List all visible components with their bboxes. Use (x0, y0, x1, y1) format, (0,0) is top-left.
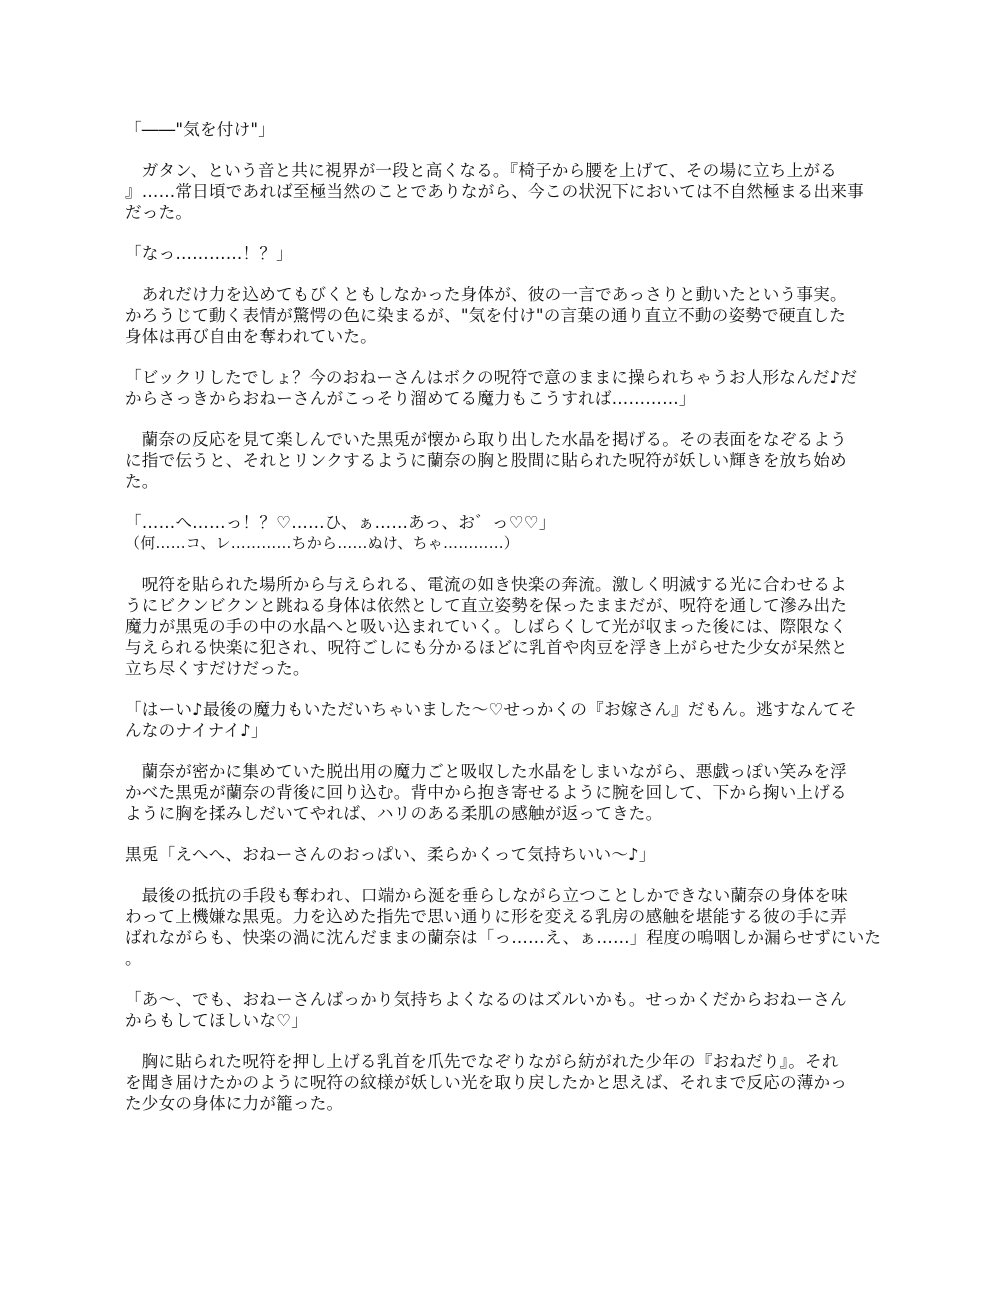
text-line: 胸に貼られた呪符を押し上げる乳首を爪先でなぞりながら紡がれた少年の『おねだり』。… (125, 1051, 870, 1072)
text-line: に指で伝うと、それとリンクするように蘭奈の胸と股間に貼られた呪符が妖しい輝きを放… (125, 450, 870, 471)
text-line: あれだけ力を込めてもびくともしなかった身体が、彼の一言であっさりと動いたという事… (125, 284, 870, 305)
dialogue-paragraph: 「はーい♪最後の魔力もいただいちゃいました～♡せっかくの『お嫁さん』だもん。逃す… (125, 699, 870, 741)
narration-paragraph: 呪符を貼られた場所から与えられる、電流の如き快楽の奔流。激しく明滅する光に合わせ… (125, 574, 870, 679)
text-line: 立ち尽くすだけだった。 (125, 658, 870, 679)
text-line: かろうじて動く表情が驚愕の色に染まるが、"気を付け"の言葉の通り直立不動の姿勢で… (125, 305, 870, 326)
text-line: 蘭奈が密かに集めていた脱出用の魔力ごと吸収した水晶をしまいながら、悪戯っぽい笑み… (125, 761, 870, 782)
text-line: ように胸を揉みしだいてやれば、ハリのある柔肌の感触が返ってきた。 (125, 803, 870, 824)
text-line: 「はーい♪最後の魔力もいただいちゃいました～♡せっかくの『お嫁さん』だもん。逃す… (125, 699, 870, 720)
text-line: 呪符を貼られた場所から与えられる、電流の如き快楽の奔流。激しく明滅する光に合わせ… (125, 574, 870, 595)
text-line: んなのナイナイ♪」 (125, 720, 870, 741)
text-line: だった。 (125, 202, 870, 223)
text-line: 最後の抵抗の手段も奪われ、口端から涎を垂らしながら立つことしかできない蘭奈の身体… (125, 885, 870, 906)
text-line: 』……常日頃であれば至極当然のことでありながら、今この状況下においては不自然極ま… (125, 181, 870, 202)
text-line: 「……へ……っ！？♡……ひ、ぁ……あっ、お゛っ♡♡」 (125, 512, 870, 533)
dialogue-paragraph: 「……へ……っ！？♡……ひ、ぁ……あっ、お゛っ♡♡」 （何……コ、レ…………ちか… (125, 512, 870, 554)
text-line: 「あ～、でも、おねーさんばっかり気持ちよくなるのはズルいかも。せっかくだからおね… (125, 989, 870, 1010)
dialogue-paragraph: 「――"気を付け"」 (125, 119, 870, 140)
narration-paragraph: ガタン、という音と共に視界が一段と高くなる。『椅子から腰を上げて、その場に立ち上… (125, 160, 870, 223)
text-line: ばれながらも、快楽の渦に沈んだままの蘭奈は「っ……え、ぁ……」程度の嗚咽しか漏ら… (125, 927, 870, 948)
dialogue-paragraph: 「ビックリしたでしょ？今のおねーさんはボクの呪符で意のままに操られちゃうお人形な… (125, 367, 870, 409)
document-page: 「――"気を付け"」 ガタン、という音と共に視界が一段と高くなる。『椅子から腰を… (125, 119, 870, 1134)
narration-paragraph: 蘭奈の反応を見て楽しんでいた黒兎が懐から取り出した水晶を掲げる。その表面をなぞる… (125, 429, 870, 492)
text-line: ガタン、という音と共に視界が一段と高くなる。『椅子から腰を上げて、その場に立ち上… (125, 160, 870, 181)
text-line: かべた黒兎が蘭奈の背後に回り込む。背中から抱き寄せるように腕を回して、下から掬い… (125, 782, 870, 803)
narration-paragraph: 最後の抵抗の手段も奪われ、口端から涎を垂らしながら立つことしかできない蘭奈の身体… (125, 885, 870, 969)
text-line: 「――"気を付け"」 (125, 119, 870, 140)
text-line: 「ビックリしたでしょ？今のおねーさんはボクの呪符で意のままに操られちゃうお人形な… (125, 367, 870, 388)
text-line: 身体は再び自由を奪われていた。 (125, 326, 870, 347)
text-line: 与えられる快楽に犯され、呪符ごしにも分かるほどに乳首や肉豆を浮き上がらせた少女が… (125, 637, 870, 658)
text-line: た。 (125, 471, 870, 492)
text-line: 。 (125, 948, 870, 969)
text-line: 「なっ…………！？」 (125, 243, 870, 264)
text-line: た少女の身体に力が籠った。 (125, 1093, 870, 1114)
text-line: わって上機嫌な黒兎。力を込めた指先で思い通りに形を変える乳房の感触を堪能する彼の… (125, 906, 870, 927)
text-line: 蘭奈の反応を見て楽しんでいた黒兎が懐から取り出した水晶を掲げる。その表面をなぞる… (125, 429, 870, 450)
text-line: からもしてほしいな♡」 (125, 1010, 870, 1031)
text-line: 黒兎「えへへ、おねーさんのおっぱい、柔らかくって気持ちいい～♪」 (125, 844, 870, 865)
narration-paragraph: 胸に貼られた呪符を押し上げる乳首を爪先でなぞりながら紡がれた少年の『おねだり』。… (125, 1051, 870, 1114)
text-line: からさっきからおねーさんがこっそり溜めてる魔力もこうすれば…………」 (125, 388, 870, 409)
dialogue-paragraph: 「あ～、でも、おねーさんばっかり気持ちよくなるのはズルいかも。せっかくだからおね… (125, 989, 870, 1031)
narration-paragraph: あれだけ力を込めてもびくともしなかった身体が、彼の一言であっさりと動いたという事… (125, 284, 870, 347)
inner-thought-line: （何……コ、レ…………ちから……ぬけ、ちゃ…………） (125, 533, 870, 554)
text-line: を聞き届けたかのように呪符の紋様が妖しい光を取り戻したかと思えば、それまで反応の… (125, 1072, 870, 1093)
narration-paragraph: 蘭奈が密かに集めていた脱出用の魔力ごと吸収した水晶をしまいながら、悪戯っぽい笑み… (125, 761, 870, 824)
text-line: うにビクンビクンと跳ねる身体は依然として直立姿勢を保ったままだが、呪符を通して滲… (125, 595, 870, 616)
dialogue-paragraph: 黒兎「えへへ、おねーさんのおっぱい、柔らかくって気持ちいい～♪」 (125, 844, 870, 865)
text-line: 魔力が黒兎の手の中の水晶へと吸い込まれていく。しばらくして光が収まった後には、際… (125, 616, 870, 637)
dialogue-paragraph: 「なっ…………！？」 (125, 243, 870, 264)
